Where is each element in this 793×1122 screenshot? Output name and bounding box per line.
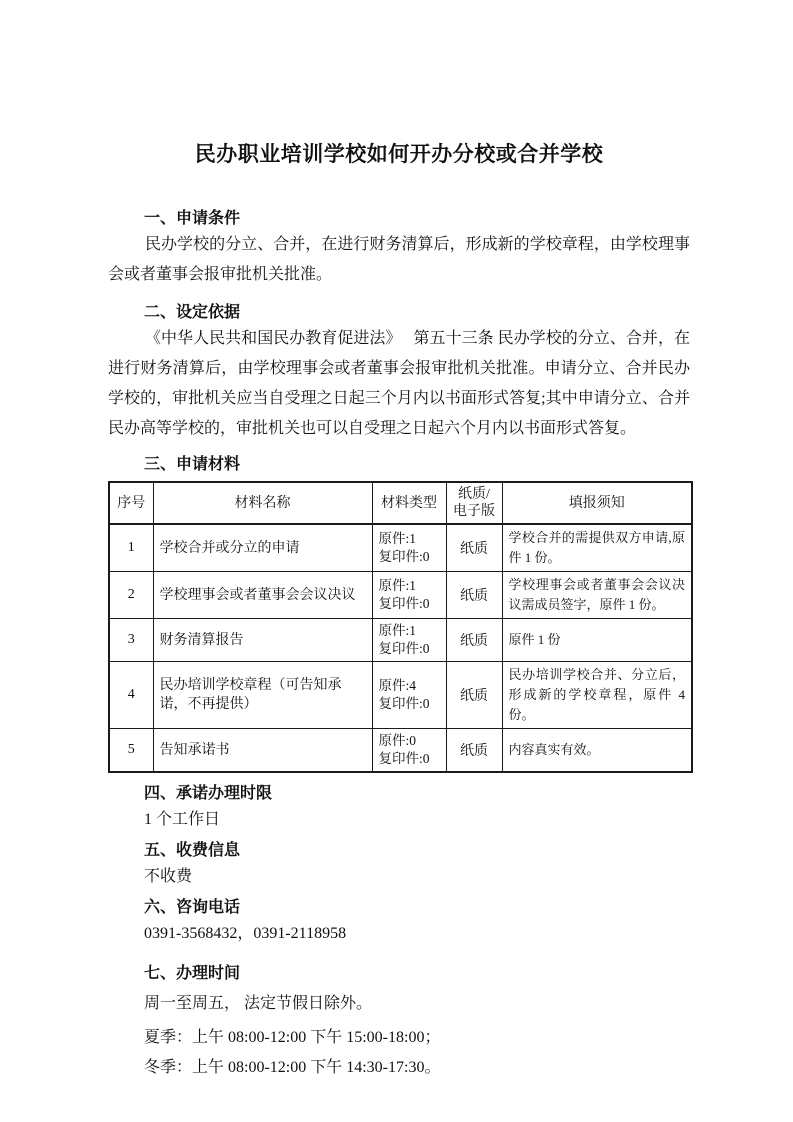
column-header-filing-note: 填报须知 (502, 482, 692, 524)
column-header-medium: 纸质/ 电子版 (446, 482, 502, 524)
cell-medium: 纸质 (446, 524, 502, 572)
type-original-count: 原件:1 (379, 577, 440, 595)
table-row: 5 告知承诺书 原件:0 复印件:0 纸质 内容真实有效。 (109, 729, 692, 773)
cell-number: 1 (109, 524, 153, 572)
table-row: 4 民办培训学校章程（可告知承诺，不再提供） 原件:4 复印件:0 纸质 民办培… (109, 662, 692, 729)
type-original-count: 原件:1 (379, 622, 440, 640)
cell-material-name: 民办培训学校章程（可告知承诺，不再提供） (153, 662, 372, 729)
cell-medium: 纸质 (446, 572, 502, 619)
paragraph-legal-basis: 《中华人民共和国民办教育促进法》 第五十三条 民办学校的分立、合并，在进行财务清… (108, 324, 690, 444)
document-content: 民办职业培训学校如何开办分校或合并学校 一、申请条件 民办学校的分立、合并，在进… (0, 0, 793, 1083)
materials-table: 序号 材料名称 材料类型 纸质/ 电子版 填报须知 1 学校合并或分立的申请 原… (108, 481, 693, 773)
cell-material-type: 原件:4 复印件:0 (372, 662, 446, 729)
section-heading-application-conditions: 一、申请条件 (108, 208, 690, 230)
section-heading-legal-basis: 二、设定依据 (108, 302, 690, 324)
cell-material-type: 原件:0 复印件:0 (372, 729, 446, 773)
section-heading-processing-time-limit: 四、承诺办理时限 (108, 783, 690, 805)
document-page: 民办职业培训学校如何开办分校或合并学校 一、申请条件 民办学校的分立、合并，在进… (0, 0, 793, 1122)
processing-time-limit-value: 1 个工作日 (108, 805, 690, 835)
table-header-row: 序号 材料名称 材料类型 纸质/ 电子版 填报须知 (109, 482, 692, 524)
cell-medium: 纸质 (446, 662, 502, 729)
type-copy-count: 复印件:0 (379, 750, 440, 768)
cell-medium: 纸质 (446, 729, 502, 773)
cell-material-name: 告知承诺书 (153, 729, 372, 773)
section-heading-fee-information: 五、收费信息 (108, 840, 690, 862)
cell-filing-note: 原件 1 份 (502, 619, 692, 662)
cell-material-type: 原件:1 复印件:0 (372, 619, 446, 662)
cell-filing-note: 内容真实有效。 (502, 729, 692, 773)
type-copy-count: 复印件:0 (379, 548, 440, 566)
section-heading-consultation-phone: 六、咨询电话 (108, 897, 690, 919)
office-hours-winter: 冬季：上午 08:00-12:00 下午 14:30-17:30。 (108, 1053, 690, 1083)
table-row: 1 学校合并或分立的申请 原件:1 复印件:0 纸质 学校合并的需提供双方申请,… (109, 524, 692, 572)
fee-information-value: 不收费 (108, 862, 690, 892)
cell-number: 2 (109, 572, 153, 619)
cell-filing-note: 学校合并的需提供双方申请,原件 1 份。 (502, 524, 692, 572)
type-copy-count: 复印件:0 (379, 695, 440, 713)
column-header-medium-line1: 纸质/ (453, 486, 496, 503)
cell-material-name: 学校理事会或者董事会会议决议 (153, 572, 372, 619)
cell-material-type: 原件:1 复印件:0 (372, 524, 446, 572)
cell-material-name: 财务清算报告 (153, 619, 372, 662)
column-header-material-type: 材料类型 (372, 482, 446, 524)
table-row: 2 学校理事会或者董事会会议决议 原件:1 复印件:0 纸质 学校理事会或者董事… (109, 572, 692, 619)
cell-filing-note: 民办培训学校合并、分立后，形成新的学校章程，原件 4 份。 (502, 662, 692, 729)
cell-material-name: 学校合并或分立的申请 (153, 524, 372, 572)
cell-medium: 纸质 (446, 619, 502, 662)
cell-number: 5 (109, 729, 153, 773)
column-header-number: 序号 (109, 482, 153, 524)
column-header-medium-line2: 电子版 (453, 503, 496, 520)
type-original-count: 原件:0 (379, 732, 440, 750)
office-hours-weekdays: 周一至周五， 法定节假日除外。 (108, 989, 690, 1019)
consultation-phone-numbers: 0391-3568432，0391-2118958 (108, 919, 690, 949)
type-copy-count: 复印件:0 (379, 640, 440, 658)
type-original-count: 原件:4 (379, 677, 440, 695)
cell-filing-note: 学校理事会或者董事会会议决议需成员签字，原件 1 份。 (502, 572, 692, 619)
office-hours-summer: 夏季：上午 08:00-12:00 下午 15:00-18:00； (108, 1023, 690, 1053)
column-header-material-name: 材料名称 (153, 482, 372, 524)
document-title: 民办职业培训学校如何开办分校或合并学校 (108, 142, 690, 168)
paragraph-application-conditions: 民办学校的分立、合并，在进行财务清算后，形成新的学校章程，由学校理事会或者董事会… (108, 230, 690, 290)
table-row: 3 财务清算报告 原件:1 复印件:0 纸质 原件 1 份 (109, 619, 692, 662)
cell-number: 3 (109, 619, 153, 662)
type-original-count: 原件:1 (379, 530, 440, 548)
section-heading-application-materials: 三、申请材料 (108, 454, 690, 476)
cell-number: 4 (109, 662, 153, 729)
cell-material-type: 原件:1 复印件:0 (372, 572, 446, 619)
type-copy-count: 复印件:0 (379, 595, 440, 613)
section-heading-office-hours: 七、办理时间 (108, 963, 690, 985)
